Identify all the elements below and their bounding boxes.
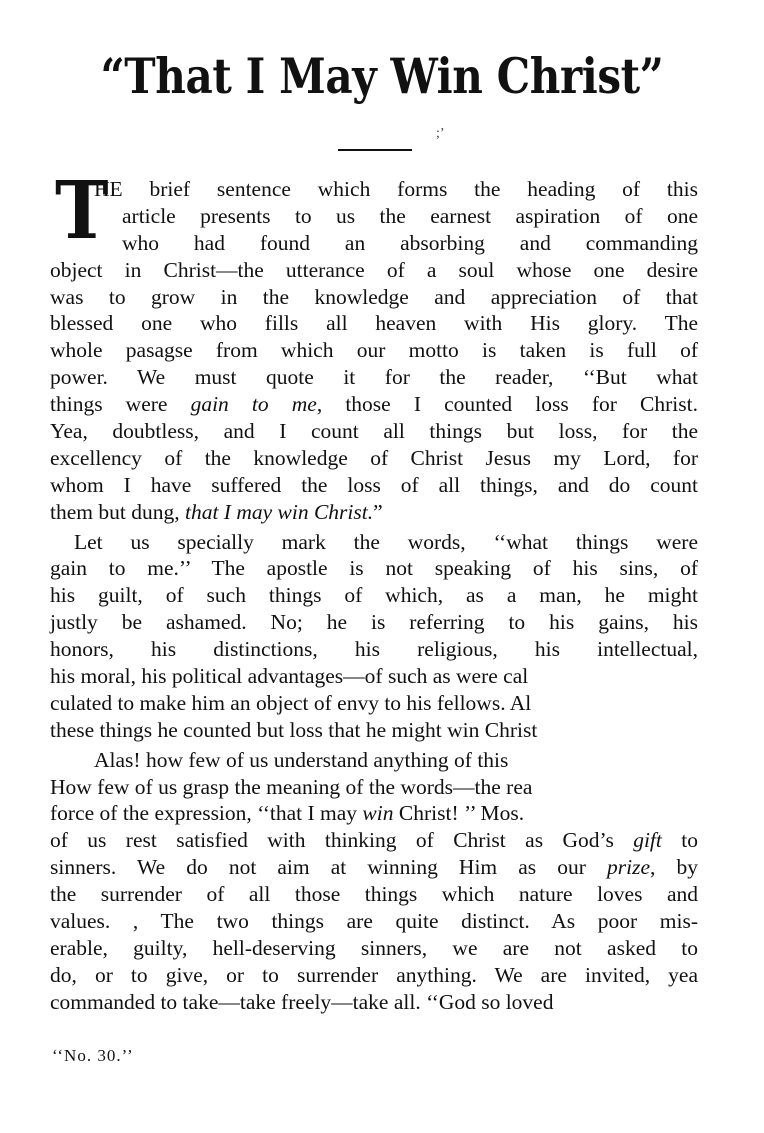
text-line: whom I have suffered the loss of all thi… — [50, 472, 698, 499]
text-line: commanded to take—take freely—take all. … — [50, 989, 698, 1016]
text-line: whole pasagse from which our motto is ta… — [50, 337, 698, 364]
text-line: of us rest satisfied with thinking of Ch… — [50, 827, 698, 854]
text-line: force of the expression, ‘‘that I may wi… — [50, 800, 698, 827]
text-line: gain to me.’’ The apostle is not speakin… — [50, 555, 698, 582]
text-line: honors, his distinctions, his religious,… — [50, 636, 698, 663]
text-line: Yea, doubtless, and I count all things b… — [50, 418, 698, 445]
text-line: blessed one who fills all heaven with Hi… — [50, 310, 698, 337]
text-line: article presents to us the earnest aspir… — [50, 203, 698, 230]
text-line: values. , The two things are quite disti… — [50, 908, 698, 935]
italic-emphasis: prize — [607, 855, 650, 879]
text-line: things were gain to me, those I counted … — [50, 391, 698, 418]
text-line: sinners. We do not aim at winning Him as… — [50, 854, 698, 881]
text-line: his guilt, of such things of which, as a… — [50, 582, 698, 609]
italic-emphasis: win — [362, 801, 393, 825]
article-body: HE brief sentence which forms the headin… — [50, 176, 698, 1016]
text-line: object in Christ—the utterance of a soul… — [50, 257, 698, 284]
text-line: the surrender of all those things which … — [50, 881, 698, 908]
paragraph-2: Let us specially mark the words, ‘‘what … — [50, 529, 698, 744]
paragraph-3: Alas! how few of us understand anything … — [50, 747, 698, 1016]
text-line: excellency of the knowledge of Christ Je… — [50, 445, 698, 472]
print-speck: ;’ — [436, 126, 445, 142]
text-line: Let us specially mark the words, ‘‘what … — [50, 529, 698, 556]
text-line: culated to make him an object of envy to… — [50, 690, 698, 717]
text-line: these things he counted but loss that he… — [50, 717, 698, 744]
text-line: How few of us grasp the meaning of the w… — [50, 774, 698, 801]
text-line: them but dung, that I may win Christ.” — [50, 499, 698, 526]
text-line: Alas! how few of us understand anything … — [50, 747, 698, 774]
article-title: “That I May Win Christ” — [53, 52, 710, 101]
italic-emphasis: that I may win Christ. — [185, 500, 373, 524]
text-line: power. We must quote it for the reader, … — [50, 364, 698, 391]
text-line: erable, guilty, hell-deserving sinners, … — [50, 935, 698, 962]
title-rule-divider — [338, 149, 412, 151]
text-line: his moral, his political advantages—of s… — [50, 663, 698, 690]
text-line: HE brief sentence which forms the headin… — [50, 176, 698, 203]
text-line: was to grow in the knowledge and appreci… — [50, 284, 698, 311]
text-line: who had found an absorbing and commandin… — [50, 230, 698, 257]
italic-emphasis: gain to me — [191, 392, 317, 416]
paragraph-1: HE brief sentence which forms the headin… — [50, 176, 698, 526]
text-line: do, or to give, or to surrender anything… — [50, 962, 698, 989]
text-line: justly be ashamed. No; he is referring t… — [50, 609, 698, 636]
page-footer-number: ‘‘No. 30.’’ — [52, 1046, 134, 1066]
italic-emphasis: gift — [633, 828, 662, 852]
